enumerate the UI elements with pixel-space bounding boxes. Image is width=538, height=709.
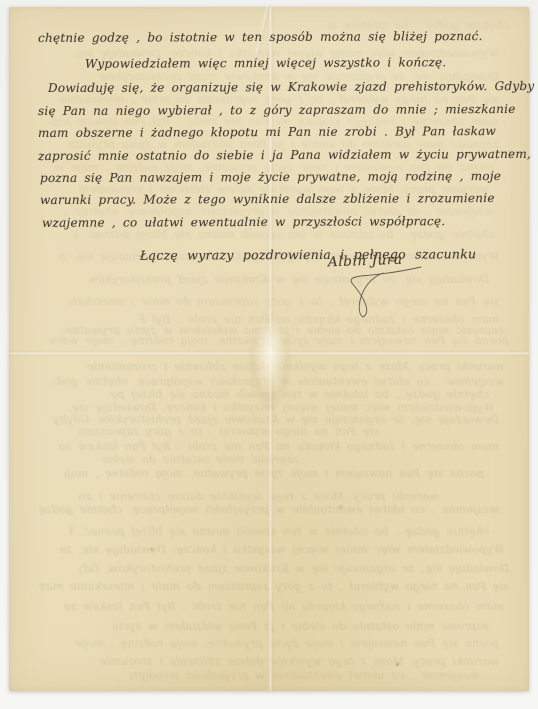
handwriting-line: Wypowiedziałem więc mniej więcej wszystk… [85, 55, 447, 71]
foxing-stain [395, 662, 400, 667]
bleedthrough-line: chętnie godzę , bo istotnie w ten sposób… [69, 525, 489, 538]
bleedthrough-line: mam obszerne i żadnego kłopotu mi Pan ni… [59, 440, 499, 453]
handwriting-line: wzajemne , co ułatwi ewentualnie w przys… [42, 214, 445, 230]
fold-intersection-wrinkle [249, 323, 291, 409]
bleedthrough-line: chętnie godzę , bo istotnie w ten sposób… [74, 228, 494, 241]
handwriting-line: warunki pracy. Może z tego wyniknie dals… [40, 191, 495, 207]
bleedthrough-line: Wypowiedziałem więc mniej więcej wszystk… [54, 543, 504, 556]
bleedthrough-line: warunki pracy. Może z tego wyniknie dals… [79, 490, 439, 503]
bleedthrough-line: Dowiaduję się, że organizuje się w Krako… [79, 562, 509, 575]
foxing-stain [337, 504, 344, 510]
bleedthrough-line: wzajemne , co ułatwi ewentualnie w przys… [129, 669, 479, 682]
letter-page: chętnie godzę , bo istotnie w ten sposób… [9, 7, 529, 691]
signature-flourish [325, 259, 435, 329]
bleedthrough-line: chętnie godzę , bo istotnie w ten sposób… [109, 388, 489, 401]
bleedthrough-line: się Pan na niego wybierał , to z góry za… [39, 580, 509, 593]
bleedthrough-line: się Pan na niego wybierał , to z góry za… [79, 425, 379, 438]
bleedthrough-line: pozna się Pan nawzajem i moje życie pryw… [64, 467, 484, 480]
bleedthrough-line: warunki pracy. Może z tego wyniknie dals… [84, 360, 504, 373]
bleedthrough-line: mam obszerne i żadnego kłopotu mi Pan ni… [64, 600, 504, 613]
handwriting-line: Dowiaduję się, że organizuje się w Krako… [48, 79, 534, 95]
bleedthrough-line: zaprosić mnie ostatnio do siebie i ja Pa… [109, 620, 489, 633]
handwriting-line: zaprosić mnie ostatnio do siebie i ja Pa… [38, 147, 531, 163]
handwriting-line: pozna się Pan nawzajem i moje życie pryw… [40, 169, 501, 185]
handwriting-line: chętnie godzę , bo istotnie w ten sposób… [38, 29, 483, 45]
bleedthrough-line: pozna się Pan nawzajem i moje życie pryw… [69, 637, 499, 650]
bleedthrough-line: Dowiaduję się, że organizuje się w Krako… [49, 413, 499, 426]
bleedthrough-line: mam obszerne i żadnego kłopotu mi Pan ni… [139, 313, 499, 326]
foxing-stain [149, 547, 155, 552]
handwriting-line: mam obszerne i żadnego kłopotu mi Pan ni… [38, 124, 496, 140]
handwriting-line: się Pan na niego wybierał , to z góry za… [38, 102, 516, 118]
bleedthrough-line: warunki pracy. Może z tego wyniknie dals… [99, 655, 499, 668]
